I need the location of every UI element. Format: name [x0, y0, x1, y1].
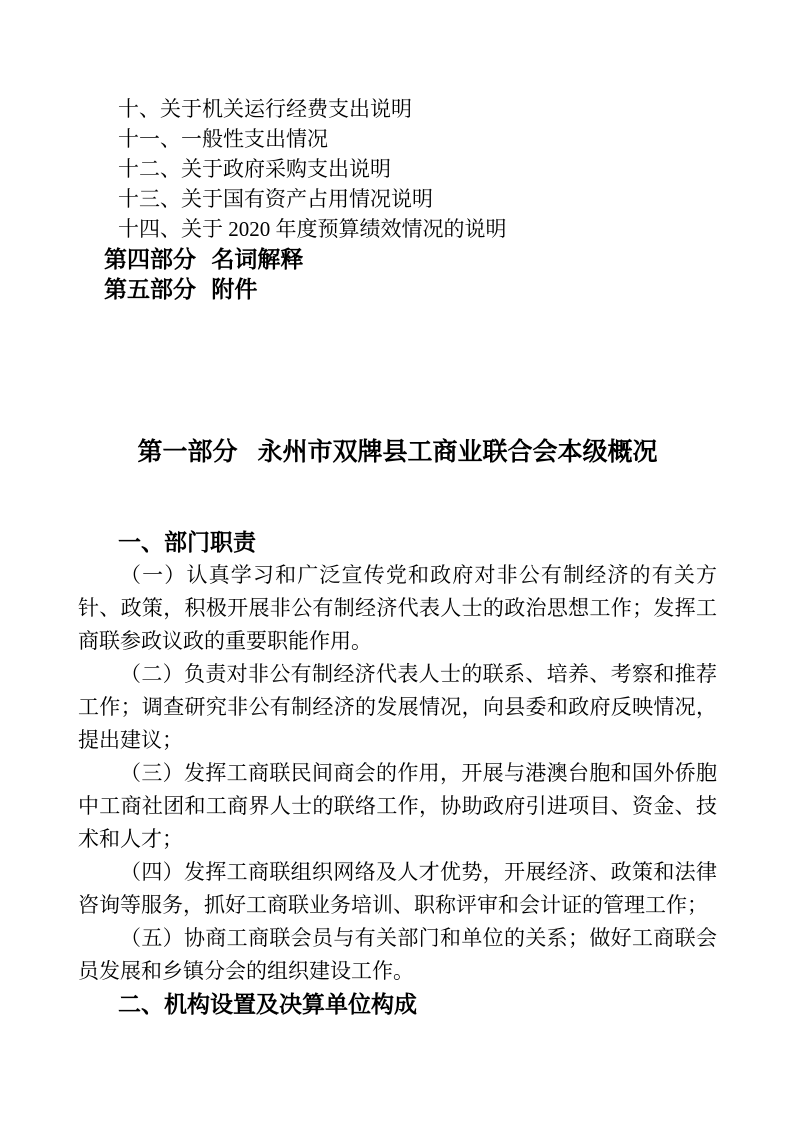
- document-page: 十、关于机关运行经费支出说明 十一、一般性支出情况 十二、关于政府采购支出说明 …: [0, 0, 793, 1122]
- duty-paragraph-4: （四）发挥工商联组织网络及人才优势，开展经济、政策和法律咨询等服务，抓好工商联业…: [78, 856, 717, 922]
- section-heading-duties: 一、部门职责: [78, 526, 717, 559]
- table-of-contents: 十、关于机关运行经费支出说明 十一、一般性支出情况 十二、关于政府采购支出说明 …: [78, 94, 717, 304]
- toc-item-13: 十三、关于国有资产占用情况说明: [78, 184, 717, 214]
- toc-item-11: 十一、一般性支出情况: [78, 124, 717, 154]
- toc-part-heading-5: 第五部分 附件: [78, 274, 717, 304]
- toc-part-heading-4: 第四部分 名词解释: [78, 244, 717, 274]
- duty-paragraph-2: （二）负责对非公有制经济代表人士的联系、培养、考察和推荐工作；调查研究非公有制经…: [78, 658, 717, 757]
- duty-paragraph-1: （一）认真学习和广泛宣传党和政府对非公有制经济的有关方针、政策，积极开展非公有制…: [78, 559, 717, 658]
- duty-paragraph-3: （三）发挥工商联民间商会的作用，开展与港澳台胞和国外侨胞中工商社团和工商界人士的…: [78, 757, 717, 856]
- part-one-title: 第一部分 永州市双牌县工商业联合会本级概况: [78, 434, 717, 470]
- toc-item-12: 十二、关于政府采购支出说明: [78, 154, 717, 184]
- duty-paragraph-5: （五）协商工商联会员与有关部门和单位的关系；做好工商联会员发展和乡镇分会的组织建…: [78, 922, 717, 988]
- toc-item-14: 十四、关于 2020 年度预算绩效情况的说明: [78, 214, 717, 244]
- toc-item-10: 十、关于机关运行经费支出说明: [78, 94, 717, 124]
- section-heading-structure: 二、机构设置及决算单位构成: [78, 988, 717, 1021]
